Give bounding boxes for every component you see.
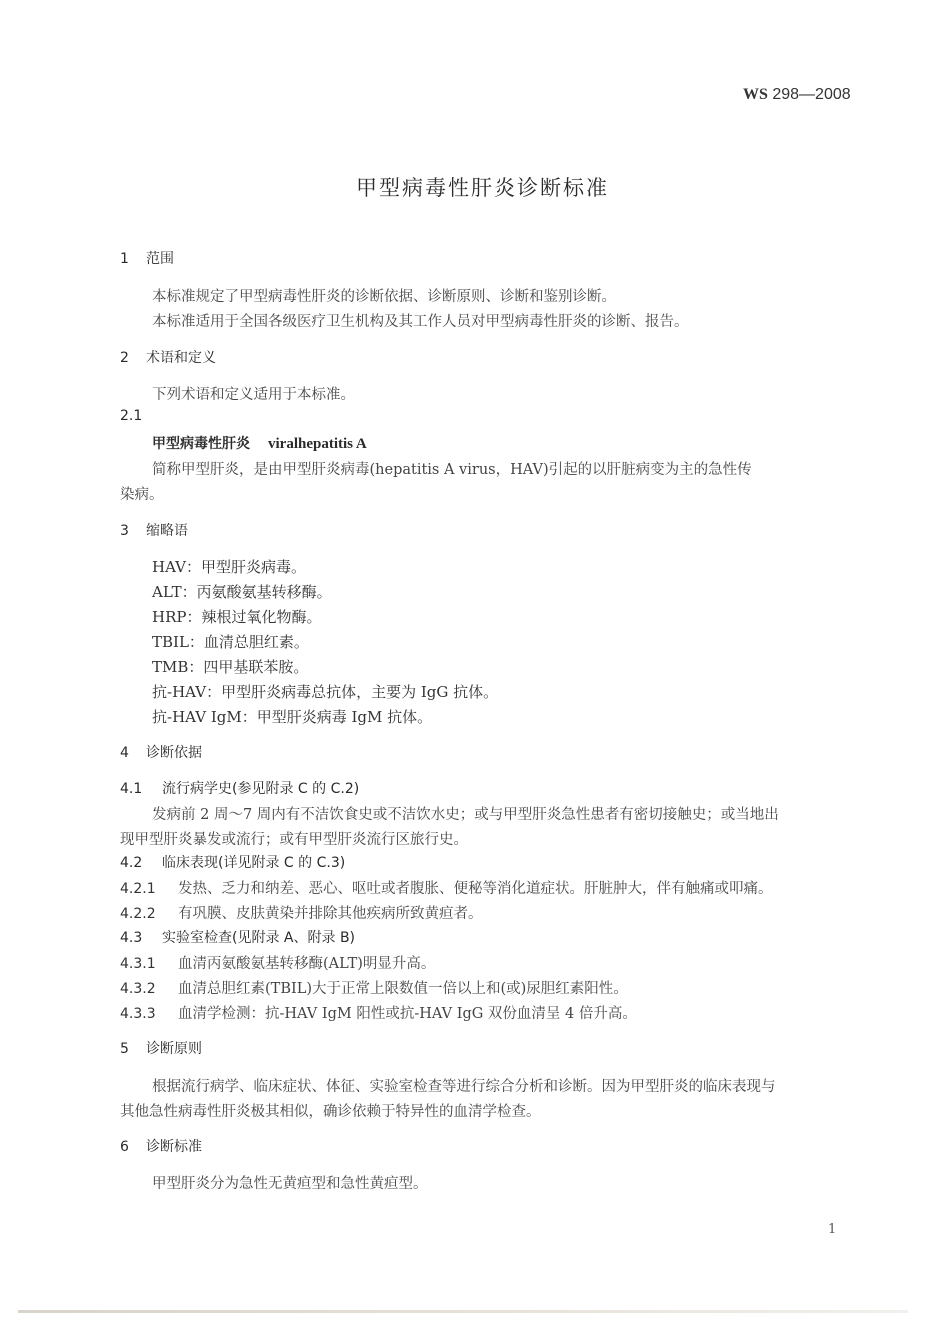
clause-title: 实验室检查(见附录 A、附录 B) (162, 930, 355, 946)
section-3-heading: 3缩略语 (120, 520, 188, 540)
section-number: 6 (120, 1139, 146, 1155)
page-number: 1 (828, 1222, 836, 1237)
clause-4-3-3: 4.3.3血清学检测：抗-HAV IgM 阳性或抗-HAV IgG 双份血清呈 … (120, 1002, 637, 1023)
clause-title: 临床表现(详见附录 C 的 C.3) (162, 855, 345, 871)
paragraph: 发病前 2 周～7 周内有不洁饮食史或不洁饮水史；或与甲型肝炎急性患者有密切接触… (152, 803, 779, 824)
term-entry: 甲型病毒性肝炎viralhepatitis A (152, 433, 367, 453)
section-title: 诊断标准 (146, 1139, 202, 1155)
section-5-heading: 5诊断原则 (120, 1038, 202, 1058)
paragraph: 甲型肝炎分为急性无黄疸型和急性黄疸型。 (152, 1172, 428, 1193)
section-number: 4 (120, 745, 146, 761)
section-4-heading: 4诊断依据 (120, 742, 202, 762)
clause-4-3-2: 4.3.2血清总胆红素(TBIL)大于正常上限数值一倍以上和(或)尿胆红素阳性。 (120, 977, 628, 998)
clause-number: 4.3.1 (120, 956, 178, 972)
clause-title: 流行病学史(参见附录 C 的 C.2) (162, 781, 359, 797)
section-title: 诊断依据 (146, 745, 202, 761)
definition-text: 染病。 (120, 483, 164, 504)
clause-4-2-2: 4.2.2有巩膜、皮肤黄染并排除其他疾病所致黄疸者。 (120, 902, 483, 923)
section-1-heading: 1范围 (120, 248, 174, 268)
definition-text: 简称甲型肝炎，是由甲型肝炎病毒(hepatitis A virus，HAV)引起… (152, 458, 752, 479)
clause-4-2-1: 4.2.1发热、乏力和纳差、恶心、呕吐或者腹胀、便秘等消化道症状。肝脏肿大，伴有… (120, 877, 773, 898)
section-number: 2 (120, 350, 146, 366)
section-number: 1 (120, 251, 146, 267)
standard-number: WS 298—2008 (743, 86, 851, 104)
clause-text: 发热、乏力和纳差、恶心、呕吐或者腹胀、便秘等消化道症状。肝脏肿大，伴有触痛或叩痛… (178, 881, 773, 897)
abbreviation-item: TMB：四甲基联苯胺。 (152, 656, 308, 677)
document-title: 甲型病毒性肝炎诊断标准 (0, 172, 950, 202)
abbreviation-item: 抗-HAV：甲型肝炎病毒总抗体，主要为 IgG 抗体。 (152, 681, 498, 702)
abbreviation-item: HRP：辣根过氧化物酶。 (152, 606, 321, 627)
paragraph: 根据流行病学、临床症状、体征、实验室检查等进行综合分析和诊断。因为甲型肝炎的临床… (152, 1075, 776, 1096)
clause-4-3-heading: 4.3实验室检查(见附录 A、附录 B) (120, 927, 355, 947)
abbreviation-item: TBIL：血清总胆红素。 (152, 631, 309, 652)
section-number: 5 (120, 1041, 146, 1057)
section-number: 3 (120, 523, 146, 539)
paragraph: 本标准规定了甲型病毒性肝炎的诊断依据、诊断原则、诊断和鉴别诊断。 (152, 285, 616, 306)
abbreviation-item: HAV：甲型肝炎病毒。 (152, 556, 306, 577)
section-title: 诊断原则 (146, 1041, 202, 1057)
section-title: 缩略语 (146, 523, 188, 539)
term-english: viralhepatitis A (268, 436, 367, 452)
paragraph: 其他急性病毒性肝炎极其相似，确诊依赖于特异性的血清学检查。 (120, 1100, 541, 1121)
section-title: 范围 (146, 251, 174, 267)
clause-number: 4.2.2 (120, 906, 178, 922)
abbreviation-item: 抗-HAV IgM：甲型肝炎病毒 IgM 抗体。 (152, 706, 432, 727)
clause-number: 4.3.3 (120, 1006, 178, 1022)
clause-number: 2.1 (120, 408, 142, 424)
clause-4-3-1: 4.3.1血清丙氨酸氨基转移酶(ALT)明显升高。 (120, 952, 435, 973)
clause-text: 血清学检测：抗-HAV IgM 阳性或抗-HAV IgG 双份血清呈 4 倍升高… (178, 1006, 637, 1022)
section-title: 术语和定义 (146, 350, 216, 366)
clause-text: 血清总胆红素(TBIL)大于正常上限数值一倍以上和(或)尿胆红素阳性。 (178, 981, 628, 997)
standard-code: 298—2008 (768, 86, 851, 103)
clause-number: 4.1 (120, 781, 162, 797)
clause-text: 血清丙氨酸氨基转移酶(ALT)明显升高。 (178, 956, 435, 972)
paragraph: 本标准适用于全国各级医疗卫生机构及其工作人员对甲型病毒性肝炎的诊断、报告。 (152, 310, 689, 331)
term-chinese: 甲型病毒性肝炎 (152, 436, 250, 452)
standard-prefix: WS (743, 86, 768, 103)
section-6-heading: 6诊断标准 (120, 1136, 202, 1156)
scan-edge-divider (18, 1310, 908, 1313)
clause-number: 4.3.2 (120, 981, 178, 997)
section-2-heading: 2术语和定义 (120, 347, 216, 367)
clause-number: 4.2 (120, 855, 162, 871)
clause-4-2-heading: 4.2临床表现(详见附录 C 的 C.3) (120, 852, 345, 872)
paragraph: 下列术语和定义适用于本标准。 (152, 383, 355, 404)
clause-number: 4.3 (120, 930, 162, 946)
clause-4-1-heading: 4.1流行病学史(参见附录 C 的 C.2) (120, 778, 359, 798)
clause-text: 有巩膜、皮肤黄染并排除其他疾病所致黄疸者。 (178, 906, 483, 922)
clause-number: 4.2.1 (120, 881, 178, 897)
abbreviation-item: ALT：丙氨酸氨基转移酶。 (152, 581, 332, 602)
paragraph: 现甲型肝炎暴发或流行；或有甲型肝炎流行区旅行史。 (120, 828, 468, 849)
